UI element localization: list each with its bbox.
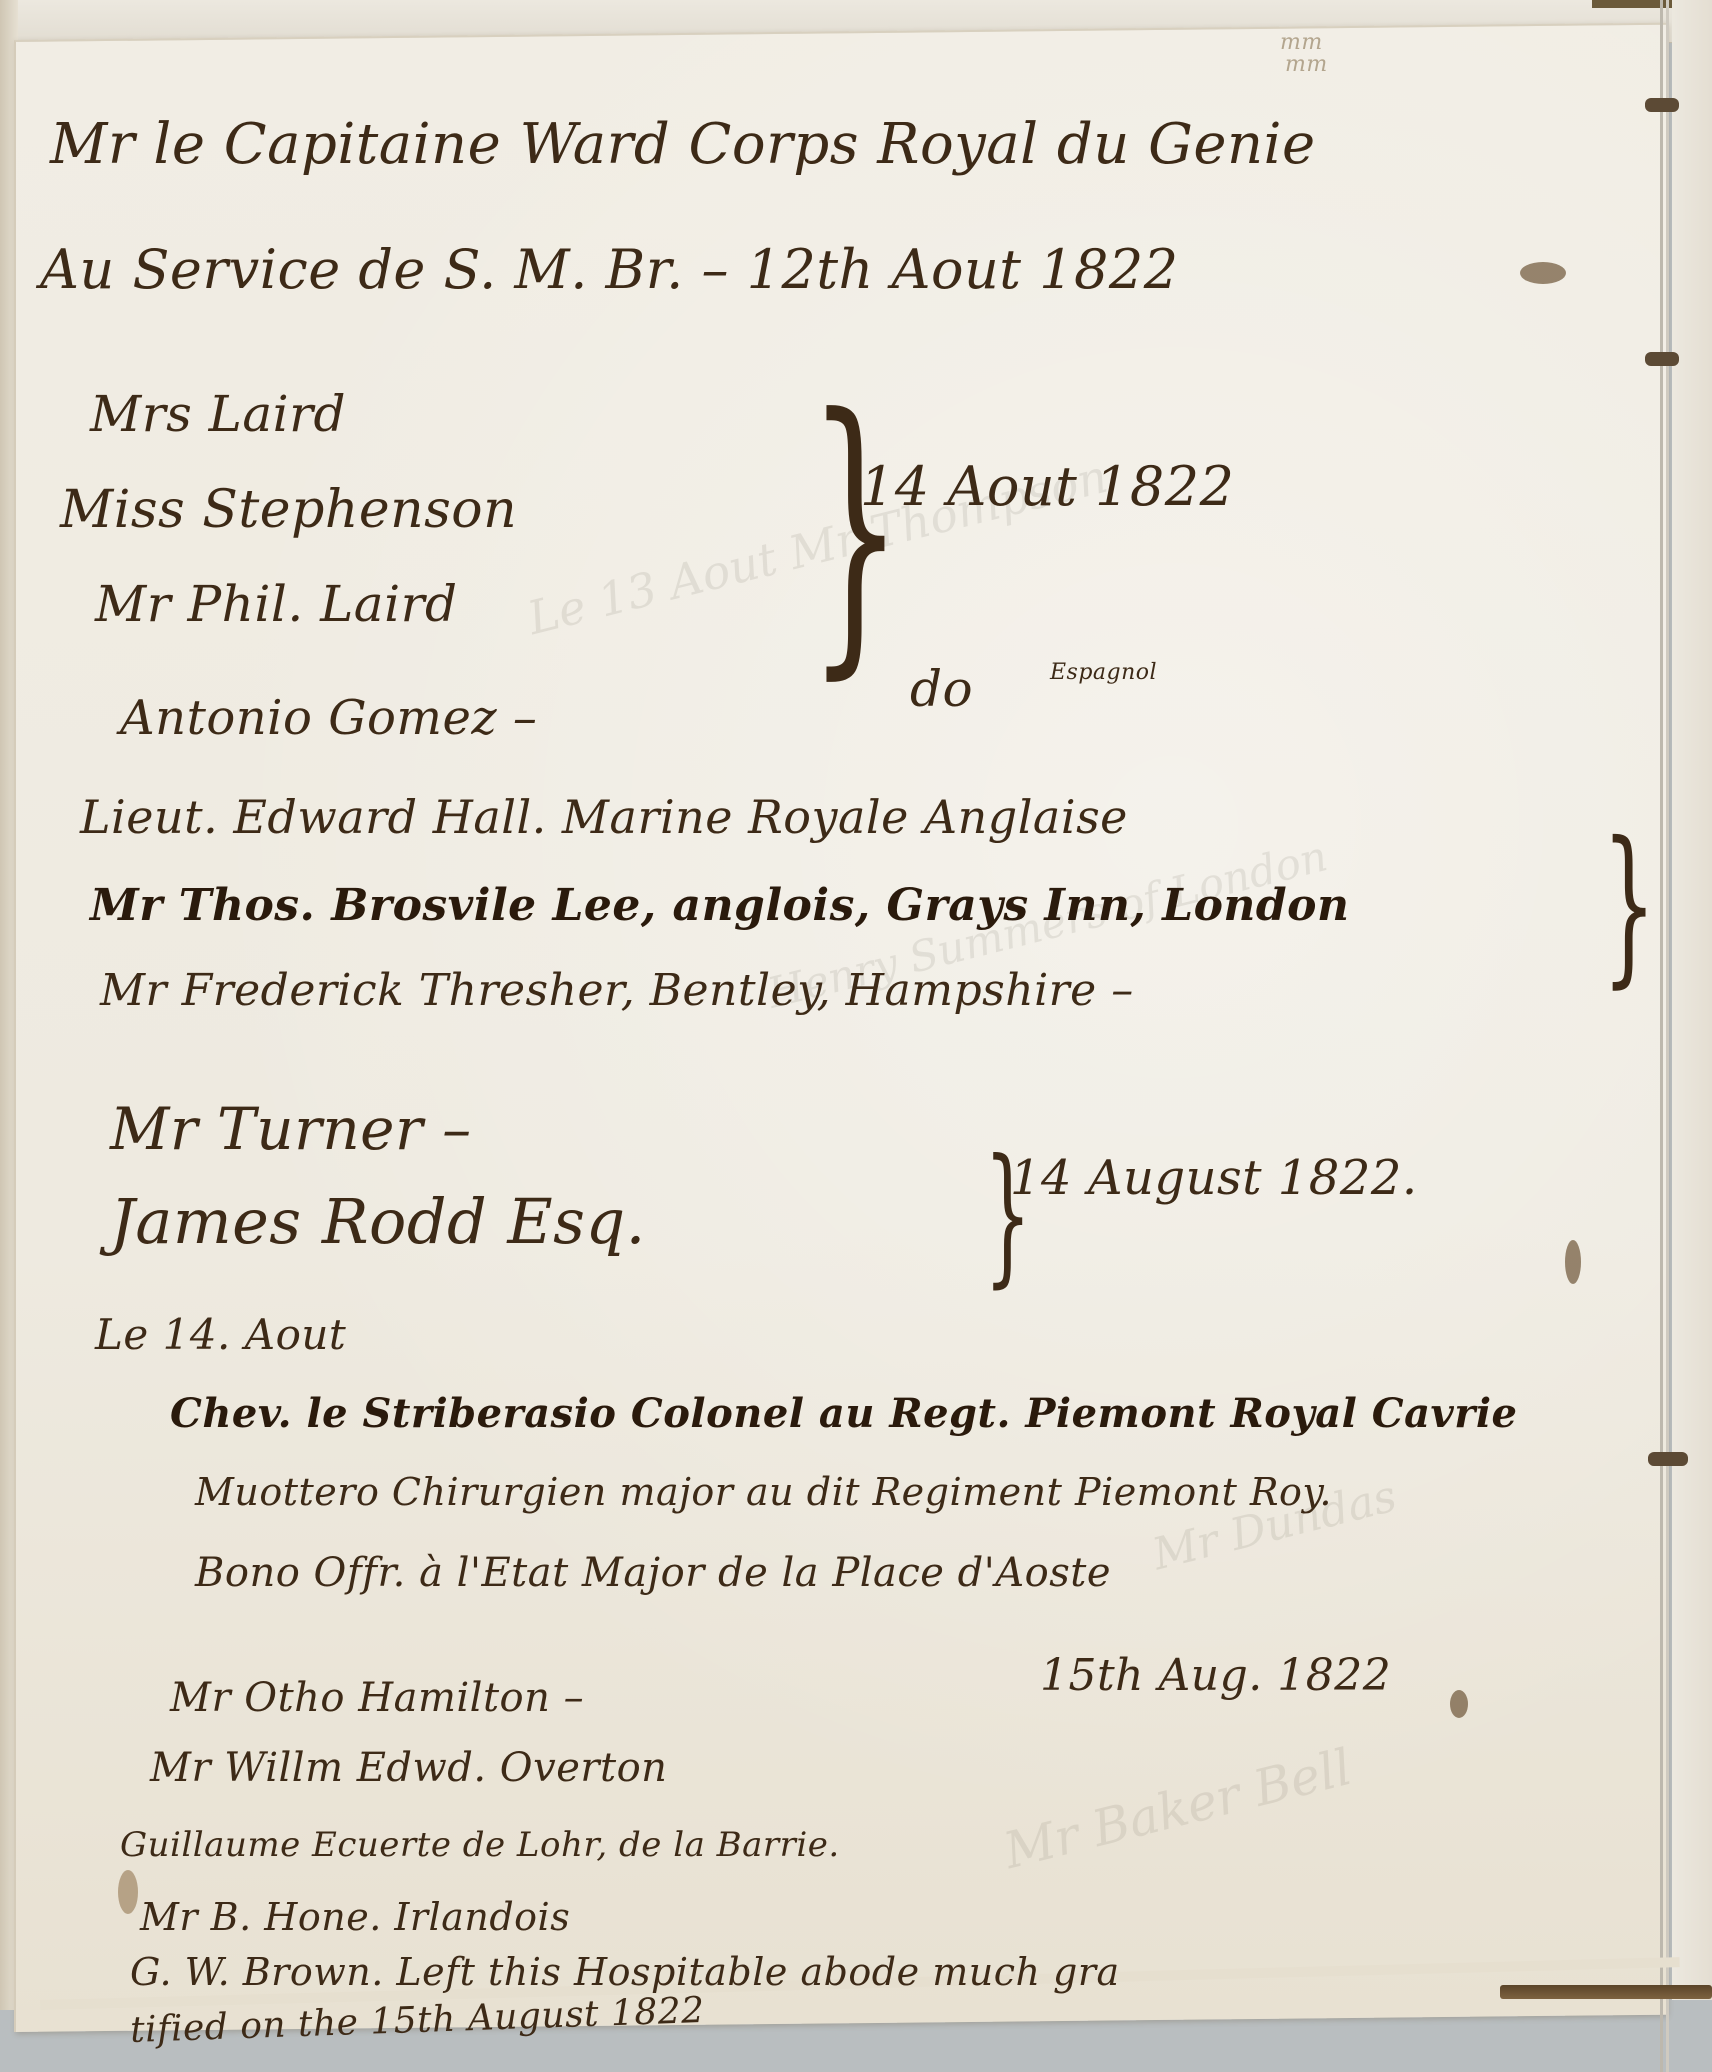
entry-hone: Mr B. Hone. Irlandois [140,1895,570,1939]
ink-blot [1450,1690,1468,1718]
entry-brown-line-1: G. W. Brown. Left this Hospitable abode … [130,1950,1120,1994]
entry-hamilton-name: Mr Otho Hamilton – [170,1675,584,1721]
gutter [1672,0,1712,2000]
grouping-brace-icon: } [808,380,903,680]
entry-overton: Mr Willm Edwd. Overton [150,1745,667,1791]
entry-ward-line-2: Au Service de S. M. Br. – 12th Aout 1822 [40,238,1179,301]
entry-thresher: Mr Frederick Thresher, Bentley, Hampshir… [100,965,1134,1016]
binding-stitch [1645,98,1679,112]
entry-guillaume: Guillaume Ecuerte de Lohr, de la Barrie. [120,1825,840,1865]
binding-stitch [1645,352,1679,366]
entry-laird-name-1: Mrs Laird [90,385,346,443]
entry-striberasio-date: Le 14. Aout [95,1310,346,1359]
entry-laird-date: 14 Aout 1822 [860,455,1234,518]
entry-rodd-name: James Rodd Esq. [110,1185,646,1258]
damaged-page-edge [1500,1985,1712,1999]
entry-striberasio-line-1: Chev. le Striberasio Colonel au Regt. Pi… [170,1390,1517,1437]
ink-blot [1520,262,1566,284]
entry-ward-line-1: Mr le Capitaine Ward Corps Royal du Geni… [50,112,1316,177]
ink-blot [1565,1240,1581,1284]
entry-laird-name-2: Miss Stephenson [60,480,517,540]
binding-stitch [1648,1452,1688,1466]
entry-turner: Mr Turner – [110,1095,472,1163]
entry-striberasio-line-3: Bono Offr. à l'Etat Major de la Place d'… [195,1550,1111,1596]
entry-striberasio-line-2: Muottero Chirurgien major au dit Regimen… [195,1470,1332,1514]
entry-hall: Lieut. Edward Hall. Marine Royale Anglai… [80,790,1128,844]
ink-blot [118,1870,138,1914]
grouping-brace-icon: } [1602,820,1656,990]
binding-thread [1660,0,1663,2072]
entry-gomez-ditto: do [910,660,973,718]
entry-lee: Mr Thos. Brosvile Lee, anglois, Grays In… [90,880,1350,931]
entry-gomez-nationality: Espagnol [1050,660,1157,685]
register-page [14,23,1666,2032]
entry-hamilton-date: 15th Aug. 1822 [1040,1650,1391,1701]
entry-rodd-date: 14 August 1822. [1010,1150,1418,1206]
entry-gomez-name: Antonio Gomez – [120,690,537,746]
entry-laird-name-3: Mr Phil. Laird [95,575,458,633]
pencil-note: mm [1285,52,1328,77]
